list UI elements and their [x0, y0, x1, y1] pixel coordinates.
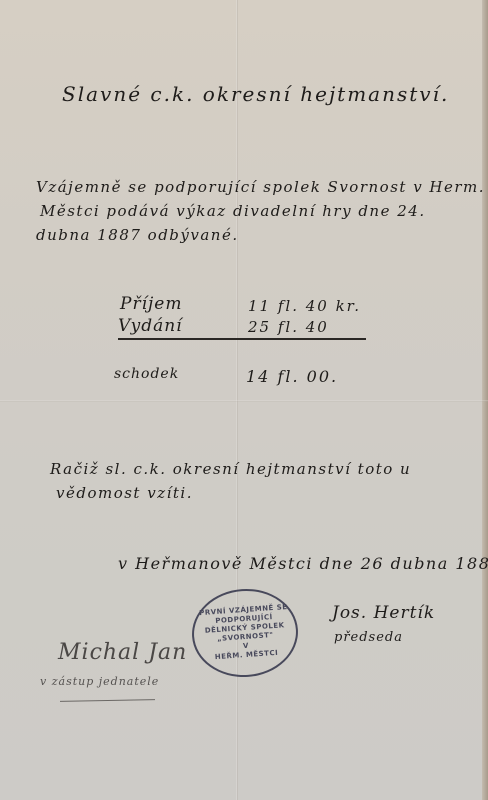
account-value-expense: 25 fl. 40: [248, 318, 329, 336]
body-line-3: dubna 1887 odbývané.: [36, 226, 239, 244]
closing-line-1: Račiž sl. c.k. okresní hejtmanství toto …: [50, 460, 411, 478]
salutation: Slavné c.k. okresní hejtmanství.: [62, 82, 449, 106]
secretary-title: v zástup jednatele: [40, 675, 159, 688]
account-label-income: Příjem: [120, 294, 182, 314]
stamp-line: HEŘM. MĚSTCI: [215, 649, 279, 662]
closing-line-2: vědomost vzíti.: [56, 484, 193, 502]
signature-flourish: [60, 699, 155, 702]
account-value-income: 11 fl. 40 kr.: [248, 297, 361, 315]
horizontal-fold-line: [0, 400, 488, 402]
account-label-expense: Vydání: [118, 316, 183, 336]
chairman-title: předseda: [334, 630, 403, 645]
body-line-2: Městci podává výkaz divadelní hry dne 24…: [40, 202, 426, 220]
document-page: Slavné c.k. okresní hejtmanství. Vzájemn…: [0, 0, 488, 800]
sum-rule: [118, 338, 366, 340]
account-value-deficit: 14 fl. 00.: [246, 367, 338, 386]
body-line-1: Vzájemně se podporující spolek Svornost …: [36, 178, 485, 196]
date-line: v Heřmanově Městci dne 26 dubna 1887.: [118, 554, 488, 573]
chairman-signature: Jos. Hertík: [332, 603, 435, 623]
society-stamp: PRVNÍ VZÁJEMNĚ SE PODPORUJÍCÍ DĚLNICKÝ S…: [189, 585, 301, 680]
account-label-deficit: schodek: [114, 366, 179, 382]
secretary-signature: Michal Jan: [58, 640, 187, 665]
